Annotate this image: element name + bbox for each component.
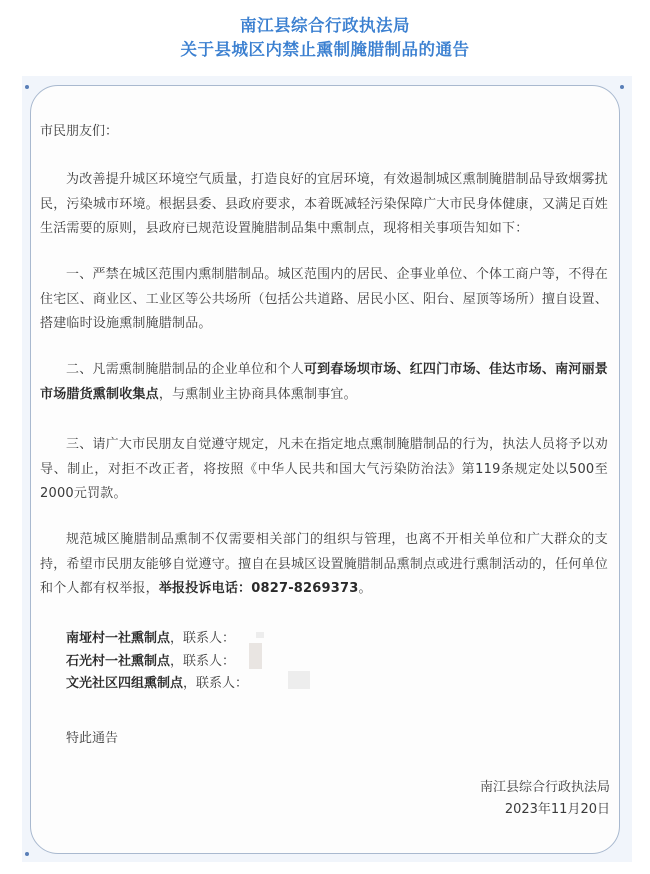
- contact-site-name: 石光村一社熏制点: [66, 654, 170, 669]
- corner-dot-top-left: [25, 85, 29, 89]
- item-2-prefix: 二、凡需熏制腌腊制品的企业单位和个人: [66, 362, 304, 377]
- contact-site-name: 文光社区四组熏制点: [66, 676, 183, 691]
- notice-header: 南江县综合行政执法局 关于县城区内禁止熏制腌腊制品的通告: [0, 14, 650, 62]
- contact-item: 南垭村一社熏制点，联系人：: [66, 628, 248, 651]
- redacted-contact: [288, 671, 310, 689]
- redacted-contact: [249, 643, 262, 669]
- item-2-paragraph: 二、凡需熏制腌腊制品的企业单位和个人可到春场坝市场、红四门市场、佳达市场、南河丽…: [40, 358, 608, 407]
- corner-dot-bottom-left: [25, 852, 29, 856]
- closing-paragraph: 规范城区腌腊制品熏制不仅需要相关部门的组织与管理，也离不开相关单位和广大群众的支…: [40, 528, 608, 602]
- item-3-text: 三、请广大市民朋友自觉遵守规定，凡未在指定地点熏制腌腊制品的行为，执法人员将予以…: [40, 437, 608, 501]
- intro-text: 为改善提升城区环境空气质量，打造良好的宜居环境，有效遏制城区熏制腌腊制品导致烟雾…: [40, 172, 608, 236]
- issuing-org-title: 南江县综合行政执法局: [0, 14, 650, 38]
- greeting: 市民朋友们：: [40, 122, 118, 142]
- item-1-paragraph: 一、严禁在城区范围内熏制腊制品。城区范围内的居民、企事业单位、个体工商户等，不得…: [40, 263, 608, 337]
- contact-site-name: 南垭村一社熏制点: [66, 631, 170, 646]
- closing-suffix: 。: [359, 581, 372, 596]
- contact-list: 南垭村一社熏制点，联系人： 石光村一社熏制点，联系人： 文光社区四组熏制点，联系…: [66, 628, 248, 696]
- redacted-contact: [256, 632, 264, 638]
- item-3-paragraph: 三、请广大市民朋友自觉遵守规定，凡未在指定地点熏制腌腊制品的行为，执法人员将予以…: [40, 433, 608, 507]
- notice-title: 关于县城区内禁止熏制腌腊制品的通告: [0, 38, 650, 62]
- contact-label: ，联系人：: [170, 631, 235, 646]
- contact-label: ，联系人：: [170, 654, 235, 669]
- signature-block: 南江县综合行政执法局 2023年11月20日: [480, 777, 610, 821]
- signature-date: 2023年11月20日: [480, 799, 610, 821]
- intro-paragraph: 为改善提升城区环境空气质量，打造良好的宜居环境，有效遏制城区熏制腌腊制品导致烟雾…: [40, 168, 608, 242]
- item-1-text: 一、严禁在城区范围内熏制腊制品。城区范围内的居民、企事业单位、个体工商户等，不得…: [40, 267, 608, 331]
- contact-item: 石光村一社熏制点，联系人：: [66, 651, 248, 674]
- closing-statement: 特此通告: [66, 729, 118, 749]
- contact-item: 文光社区四组熏制点，联系人：: [66, 673, 248, 696]
- signature-org: 南江县综合行政执法局: [480, 777, 610, 799]
- report-hotline: 举报投诉电话：0827-8269373: [159, 581, 359, 596]
- item-2-suffix: ，与熏制业主协商具体熏制事宜。: [159, 387, 357, 402]
- contact-label: ，联系人：: [183, 676, 248, 691]
- corner-dot-top-right: [620, 85, 624, 89]
